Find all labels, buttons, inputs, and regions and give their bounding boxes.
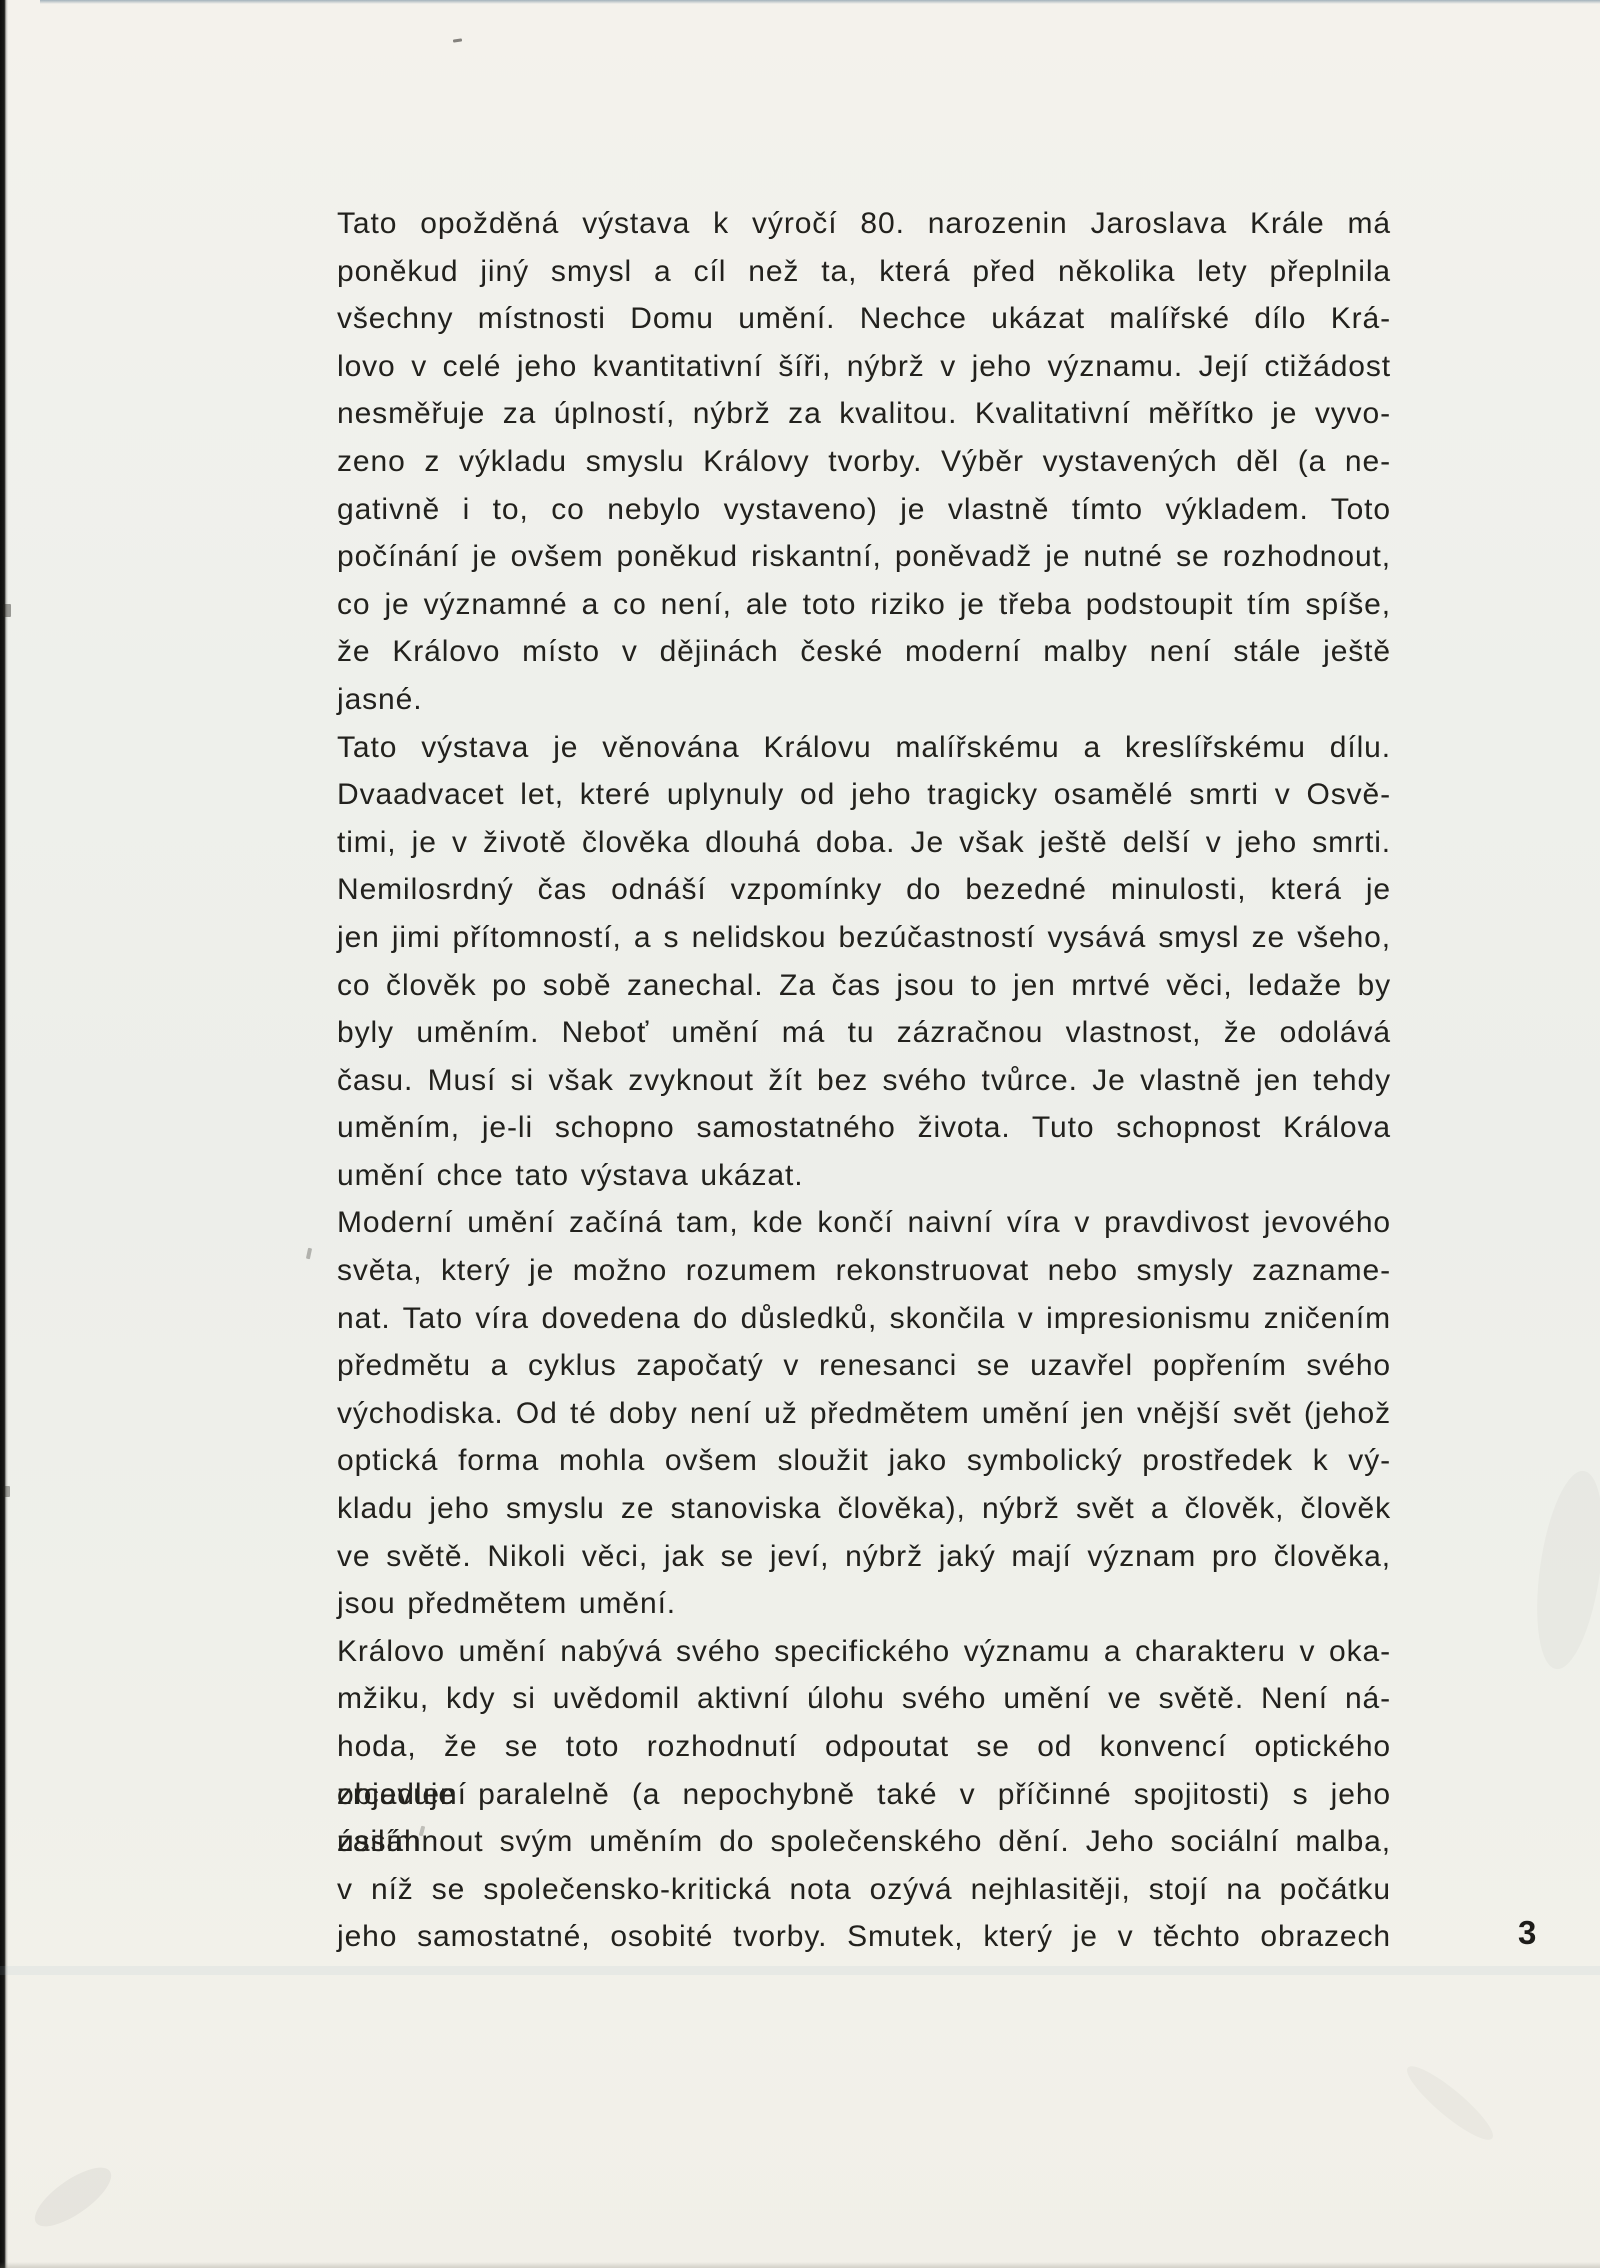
paragraph: Královo umění nabývá svého specifického … <box>337 1628 1391 1961</box>
text-line: nesměřuje za úplností, nýbrž za kvalitou… <box>337 390 1391 438</box>
page-number: 3 <box>1518 1914 1537 1952</box>
text-line: kladu jeho smyslu ze stanoviska člověka)… <box>337 1485 1391 1533</box>
text-line: zeno z výkladu smyslu Královy tvorby. Vý… <box>337 438 1391 486</box>
text-line: optická forma mohla ovšem sloužit jako s… <box>337 1437 1391 1485</box>
paper-smudge <box>26 2157 119 2236</box>
text-line: počínání je ovšem poněkud riskantní, pon… <box>337 533 1391 581</box>
text-line: co člověk po sobě zanechal. Za čas jsou … <box>337 962 1391 1010</box>
text-line: objevuje paralelně (a nepochybně také v … <box>337 1771 1391 1819</box>
text-line: nat. Tato víra dovedena do důsledků, sko… <box>337 1295 1391 1343</box>
text-line: uměním, je-li schopno samostatného život… <box>337 1104 1391 1152</box>
paragraph: Tato výstava je věnována Královu malířsk… <box>337 724 1391 1200</box>
text-line: jen jimi přítomností, a s nelidskou bezú… <box>337 914 1391 962</box>
text-line: Dvaadvacet let, které uplynuly od jeho t… <box>337 771 1391 819</box>
edge-notch <box>3 604 11 617</box>
text-line: předmětu a cyklus započatý v renesanci s… <box>337 1342 1391 1390</box>
text-line: Nemilosrdný čas odnáší vzpomínky do beze… <box>337 866 1391 914</box>
text-line: zasáhnout svým uměním do společenského d… <box>337 1818 1391 1866</box>
scanned-book-page: Tato opožděná výstava k výročí 80. naroz… <box>0 0 1600 2268</box>
text-line: východiska. Od té doby není už předmětem… <box>337 1390 1391 1438</box>
edge-notch <box>3 1486 10 1497</box>
text-line: mžiku, kdy si uvědomil aktivní úlohu své… <box>337 1675 1391 1723</box>
text-line: co je významné a co není, ale toto rizik… <box>337 581 1391 629</box>
scan-edge-left <box>0 0 8 2268</box>
paper-smudge <box>1400 2058 1501 2149</box>
body-text-block: Tato opožděná výstava k výročí 80. naroz… <box>337 200 1391 1961</box>
text-line: Tato výstava je věnována Královu malířsk… <box>337 724 1391 772</box>
text-line: jasné. <box>337 676 1391 724</box>
text-line: času. Musí si však zvyknout žít bez svéh… <box>337 1057 1391 1105</box>
dust-speck <box>306 1248 312 1260</box>
text-line: gativně i to, co nebylo vystaveno) je vl… <box>337 486 1391 534</box>
text-line: umění chce tato výstava ukázat. <box>337 1152 1391 1200</box>
text-line: timi, je v životě člověka dlouhá doba. J… <box>337 819 1391 867</box>
text-line: lovo v celé jeho kvantitativní šíři, nýb… <box>337 343 1391 391</box>
text-line: že Královo místo v dějinách české modern… <box>337 628 1391 676</box>
paragraph: Moderní umění začíná tam, kde končí naiv… <box>337 1199 1391 1627</box>
text-line: Královo umění nabývá svého specifického … <box>337 1628 1391 1676</box>
paragraph: Tato opožděná výstava k výročí 80. naroz… <box>337 200 1391 724</box>
scan-edge-top <box>40 0 1600 4</box>
text-line: světa, který je možno rozumem rekonstruo… <box>337 1247 1391 1295</box>
scan-edge-bottom <box>0 2262 1600 2268</box>
text-line: všechny místnosti Domu umění. Nechce uká… <box>337 295 1391 343</box>
text-line: hoda, že se toto rozhodnutí odpoutat se … <box>337 1723 1391 1771</box>
text-line: jsou předmětem umění. <box>337 1580 1391 1628</box>
text-line: v níž se společensko-kritická nota ozývá… <box>337 1866 1391 1914</box>
text-line: jeho samostatné, osobité tvorby. Smutek,… <box>337 1913 1391 1961</box>
text-line: Moderní umění začíná tam, kde končí naiv… <box>337 1199 1391 1247</box>
text-line: ve světě. Nikoli věci, jak se jeví, nýbr… <box>337 1533 1391 1581</box>
paper-smudge <box>1526 1467 1600 1673</box>
text-line: byly uměním. Neboť umění má tu zázračnou… <box>337 1009 1391 1057</box>
text-line: Tato opožděná výstava k výročí 80. naroz… <box>337 200 1391 248</box>
scan-band-artifact <box>0 1966 1600 1975</box>
dust-speck <box>453 38 462 42</box>
text-line: poněkud jiný smysl a cíl než ta, která p… <box>337 248 1391 296</box>
